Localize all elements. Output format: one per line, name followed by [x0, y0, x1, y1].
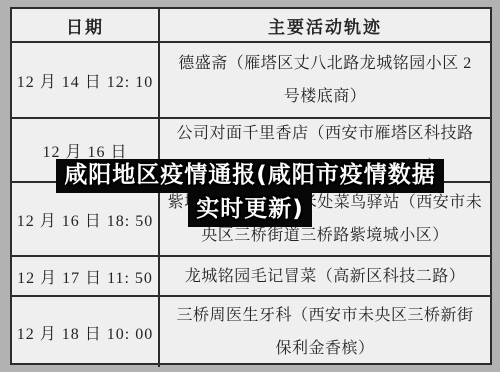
overlay-title-line2: 实时更新) — [188, 193, 312, 227]
row1-line1: 德盛斋（雁塔区丈八北路龙城铭园小区 2 — [160, 47, 490, 80]
row5-line1: 三桥周医生牙科（西安市未央区三桥新街 — [160, 299, 490, 332]
header-trajectory: 主要活动轨迹 — [160, 9, 490, 43]
header-date: 日期 — [12, 9, 160, 43]
row1-date: 12 月 14 日 12: 10 — [12, 43, 160, 119]
row4-line1: 龙城铭园毛记冒菜（高新区科技二路） — [160, 260, 490, 293]
overlay-title-line1: 咸阳地区疫情通报(咸阳市疫情数据 — [56, 159, 444, 193]
row5-line2: 保利金香槟） — [160, 332, 490, 365]
row2-line1: 公司对面千里香店（西安市雁塔区科技路 — [160, 119, 490, 150]
page: 日期 主要活动轨迹 12 月 14 日 12: 10 德盛斋（雁塔区丈八北路龙城… — [0, 0, 500, 372]
overlay-title-banner: 咸阳地区疫情通报(咸阳市疫情数据 实时更新) — [0, 159, 500, 227]
row1-line2: 号楼底商） — [160, 80, 490, 113]
row1-trajectory: 德盛斋（雁塔区丈八北路龙城铭园小区 2 号楼底商） — [160, 43, 490, 119]
row5-date: 12 月 18 日 10: 00 — [12, 297, 160, 367]
row4-trajectory: 龙城铭园毛记冒菜（高新区科技二路） — [160, 257, 490, 297]
row4-date: 12 月 17 日 11: 50 — [12, 257, 160, 297]
row5-trajectory: 三桥周医生牙科（西安市未央区三桥新街 保利金香槟） — [160, 297, 490, 367]
